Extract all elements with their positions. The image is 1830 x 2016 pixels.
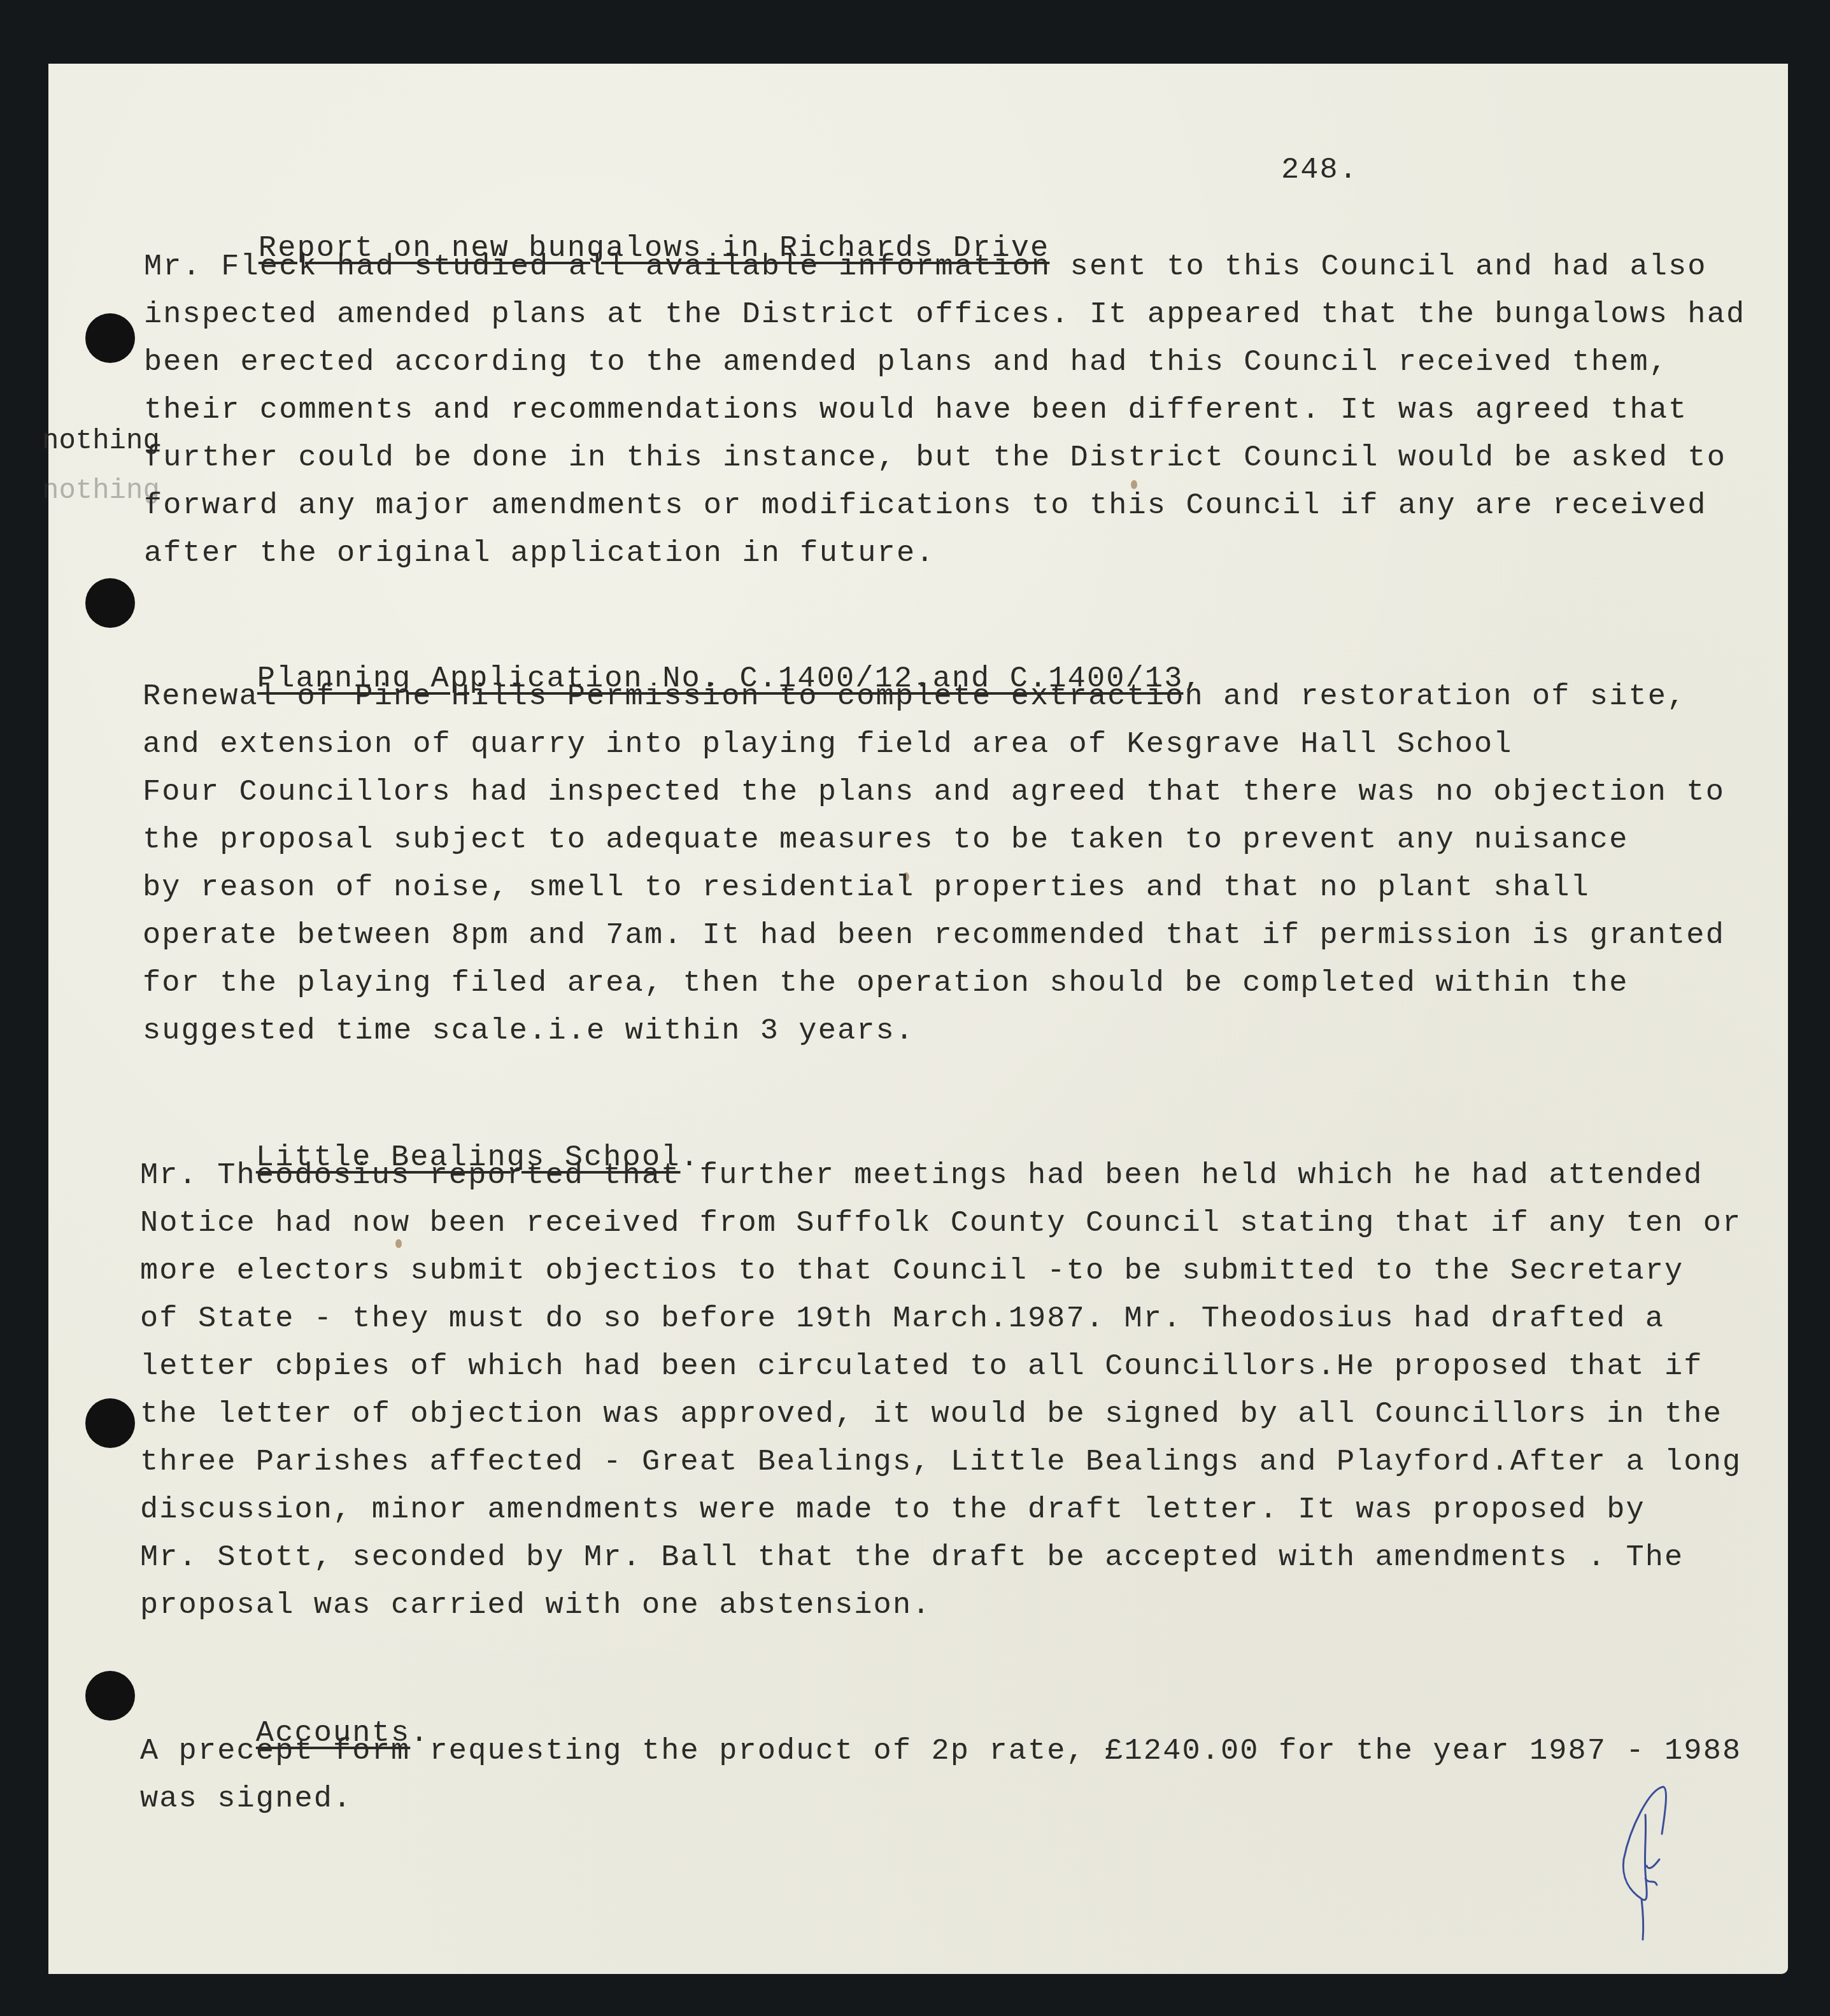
body-line: Mr. Fleck had studied all available info…	[144, 252, 1707, 282]
body-line: of State - they must do so before 19th M…	[140, 1304, 1664, 1334]
body-line: Renewal of Pine Hills Permission to comp…	[143, 682, 1686, 712]
body-line: suggested time scale.i.e within 3 years.	[143, 1016, 914, 1046]
signature-initials-icon	[1605, 1783, 1687, 1942]
body-line: for the playing filed area, then the ope…	[143, 969, 1628, 998]
margin-note-faded: nothing	[42, 475, 160, 507]
body-line: after the original application in future…	[144, 539, 935, 569]
body-line: was signed.	[140, 1784, 352, 1814]
body-line: Mr. Theodosius reported that further mee…	[140, 1161, 1703, 1191]
body-line: three Parishes affected - Great Bealings…	[140, 1447, 1741, 1477]
page-number: 248.	[1281, 155, 1358, 185]
body-line: the letter of objection was approved, it…	[140, 1400, 1722, 1430]
ink-stain	[395, 1239, 402, 1248]
scanned-page: 248. nothing nothing Report on new bunga…	[0, 0, 1830, 2016]
body-line: Four Councillors had inspected the plans…	[143, 777, 1725, 807]
body-line: Notice had now been received from Suffol…	[140, 1209, 1741, 1239]
body-line: letter cbpies of which had been circulat…	[140, 1352, 1703, 1382]
punch-hole	[85, 313, 135, 363]
body-line: operate between 8pm and 7am. It had been…	[143, 921, 1725, 951]
punch-hole	[85, 1398, 135, 1448]
body-line: proposal was carried with one abstension…	[140, 1591, 932, 1621]
body-line: the proposal subject to adequate measure…	[143, 825, 1628, 855]
body-line: forward any major amendments or modifica…	[144, 491, 1707, 521]
body-line: been erected according to the amended pl…	[144, 348, 1668, 378]
body-line: more electors submit objectios to that C…	[140, 1256, 1684, 1286]
body-line: and extension of quarry into playing fie…	[143, 730, 1513, 760]
punch-hole	[85, 578, 135, 628]
body-line: discussion, minor amendments were made t…	[140, 1495, 1645, 1525]
margin-note: nothing	[42, 425, 160, 457]
body-line: A precept form requesting the product of…	[140, 1736, 1741, 1766]
body-line: further could be done in this instance, …	[144, 443, 1726, 473]
body-line: inspected amended plans at the District …	[144, 300, 1745, 330]
body-line: their comments and recommendations would…	[144, 395, 1687, 425]
body-line: by reason of noise, smell to residential…	[143, 873, 1590, 903]
body-line: Mr. Stott, seconded by Mr. Ball that the…	[140, 1543, 1684, 1573]
punch-hole	[85, 1671, 135, 1721]
ink-stain	[1131, 480, 1137, 489]
